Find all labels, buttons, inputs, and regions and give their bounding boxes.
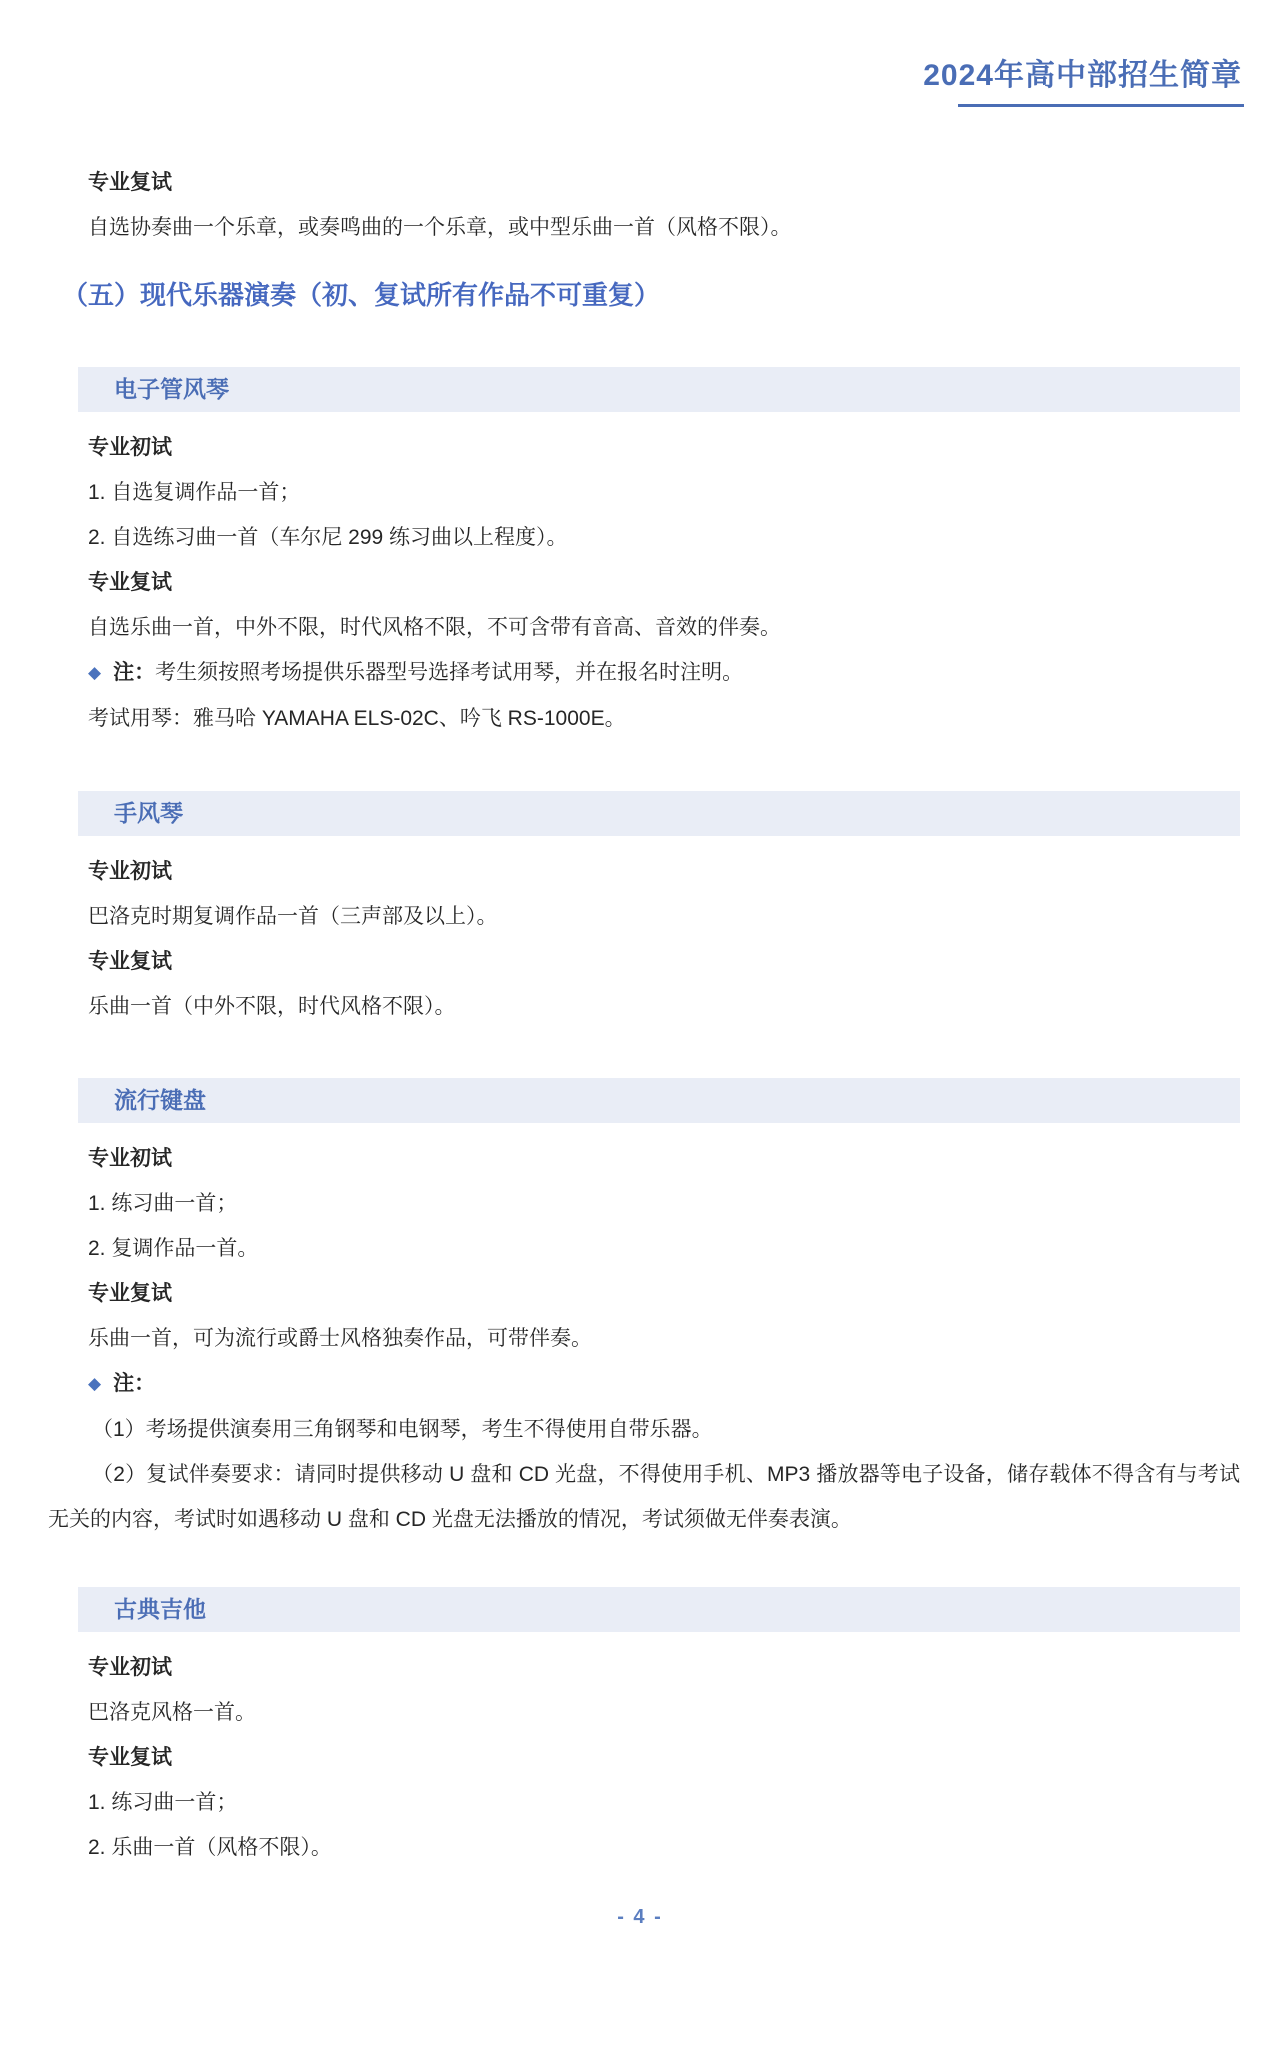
organ-initial-item-2: 2. 自选练习曲一首（车尔尼 299 练习曲以上程度）。	[88, 515, 1240, 560]
accordion-retest-text: 乐曲一首（中外不限，时代风格不限）。	[88, 984, 1240, 1029]
pop-keyboard-note-line: ◆注：	[88, 1361, 1240, 1407]
page-header-title: 2024年高中部招生简章	[923, 50, 1242, 94]
pop-keyboard-note-label: 注：	[113, 1372, 155, 1395]
section-heading: （五）现代乐器演奏（初、复试所有作品不可重复）	[62, 272, 1240, 318]
document-page: 2024年高中部招生简章 专业复试 自选协奏曲一个乐章，或奏鸣曲的一个乐章，或中…	[0, 0, 1280, 2047]
organ-retest-text: 自选乐曲一首，中外不限，时代风格不限，不可含带有音高、音效的伴奏。	[88, 605, 1240, 650]
pop-keyboard-note-item-1: （1）考场提供演奏用三角钢琴和电钢琴，考生不得使用自带乐器。	[48, 1407, 1240, 1452]
banner-electronic-organ: 电子管风琴	[78, 367, 1240, 412]
organ-initial-item-1: 1. 自选复调作品一首；	[88, 470, 1240, 515]
header-underline	[958, 104, 1244, 107]
intro-retest-label: 专业复试	[88, 160, 1240, 205]
pop-keyboard-retest-label: 专业复试	[88, 1271, 1240, 1316]
classical-guitar-retest-item-1: 1. 练习曲一首；	[88, 1780, 1240, 1825]
diamond-bullet-icon: ◆	[88, 1361, 101, 1406]
pop-keyboard-initial-item-2: 2. 复调作品一首。	[88, 1226, 1240, 1271]
banner-accordion: 手风琴	[78, 791, 1240, 836]
intro-retest-text: 自选协奏曲一个乐章，或奏鸣曲的一个乐章，或中型乐曲一首（风格不限）。	[88, 205, 1240, 250]
classical-guitar-initial-label: 专业初试	[88, 1645, 1240, 1690]
classical-guitar-retest-item-2: 2. 乐曲一首（风格不限）。	[88, 1825, 1240, 1870]
diamond-bullet-icon: ◆	[88, 650, 101, 695]
organ-note-label: 注：	[113, 661, 155, 684]
organ-initial-label: 专业初试	[88, 425, 1240, 470]
pop-keyboard-note-item-2: （2）复试伴奏要求：请同时提供移动 U 盘和 CD 光盘，不得使用手机、MP3 …	[48, 1452, 1240, 1542]
accordion-retest-label: 专业复试	[88, 939, 1240, 984]
organ-note-line: ◆注：考生须按照考场提供乐器型号选择考试用琴，并在报名时注明。	[88, 650, 1240, 696]
pop-keyboard-retest-text: 乐曲一首，可为流行或爵士风格独奏作品，可带伴奏。	[88, 1316, 1240, 1361]
pop-keyboard-initial-item-1: 1. 练习曲一首；	[88, 1181, 1240, 1226]
banner-pop-keyboard: 流行键盘	[78, 1078, 1240, 1123]
pop-keyboard-initial-label: 专业初试	[88, 1136, 1240, 1181]
page-body: 专业复试 自选协奏曲一个乐章，或奏鸣曲的一个乐章，或中型乐曲一首（风格不限）。 …	[0, 0, 1280, 1870]
accordion-initial-text: 巴洛克时期复调作品一首（三声部及以上）。	[88, 894, 1240, 939]
accordion-initial-label: 专业初试	[88, 849, 1240, 894]
page-number: - 4 -	[0, 1902, 1280, 1932]
banner-classical-guitar: 古典吉他	[78, 1587, 1240, 1632]
organ-note-text: 考生须按照考场提供乐器型号选择考试用琴，并在报名时注明。	[155, 661, 743, 684]
classical-guitar-retest-label: 专业复试	[88, 1735, 1240, 1780]
organ-retest-label: 专业复试	[88, 560, 1240, 605]
classical-guitar-initial-text: 巴洛克风格一首。	[88, 1690, 1240, 1735]
organ-exam-piano-text: 考试用琴：雅马哈 YAMAHA ELS-02C、吟飞 RS-1000E。	[88, 696, 1240, 741]
